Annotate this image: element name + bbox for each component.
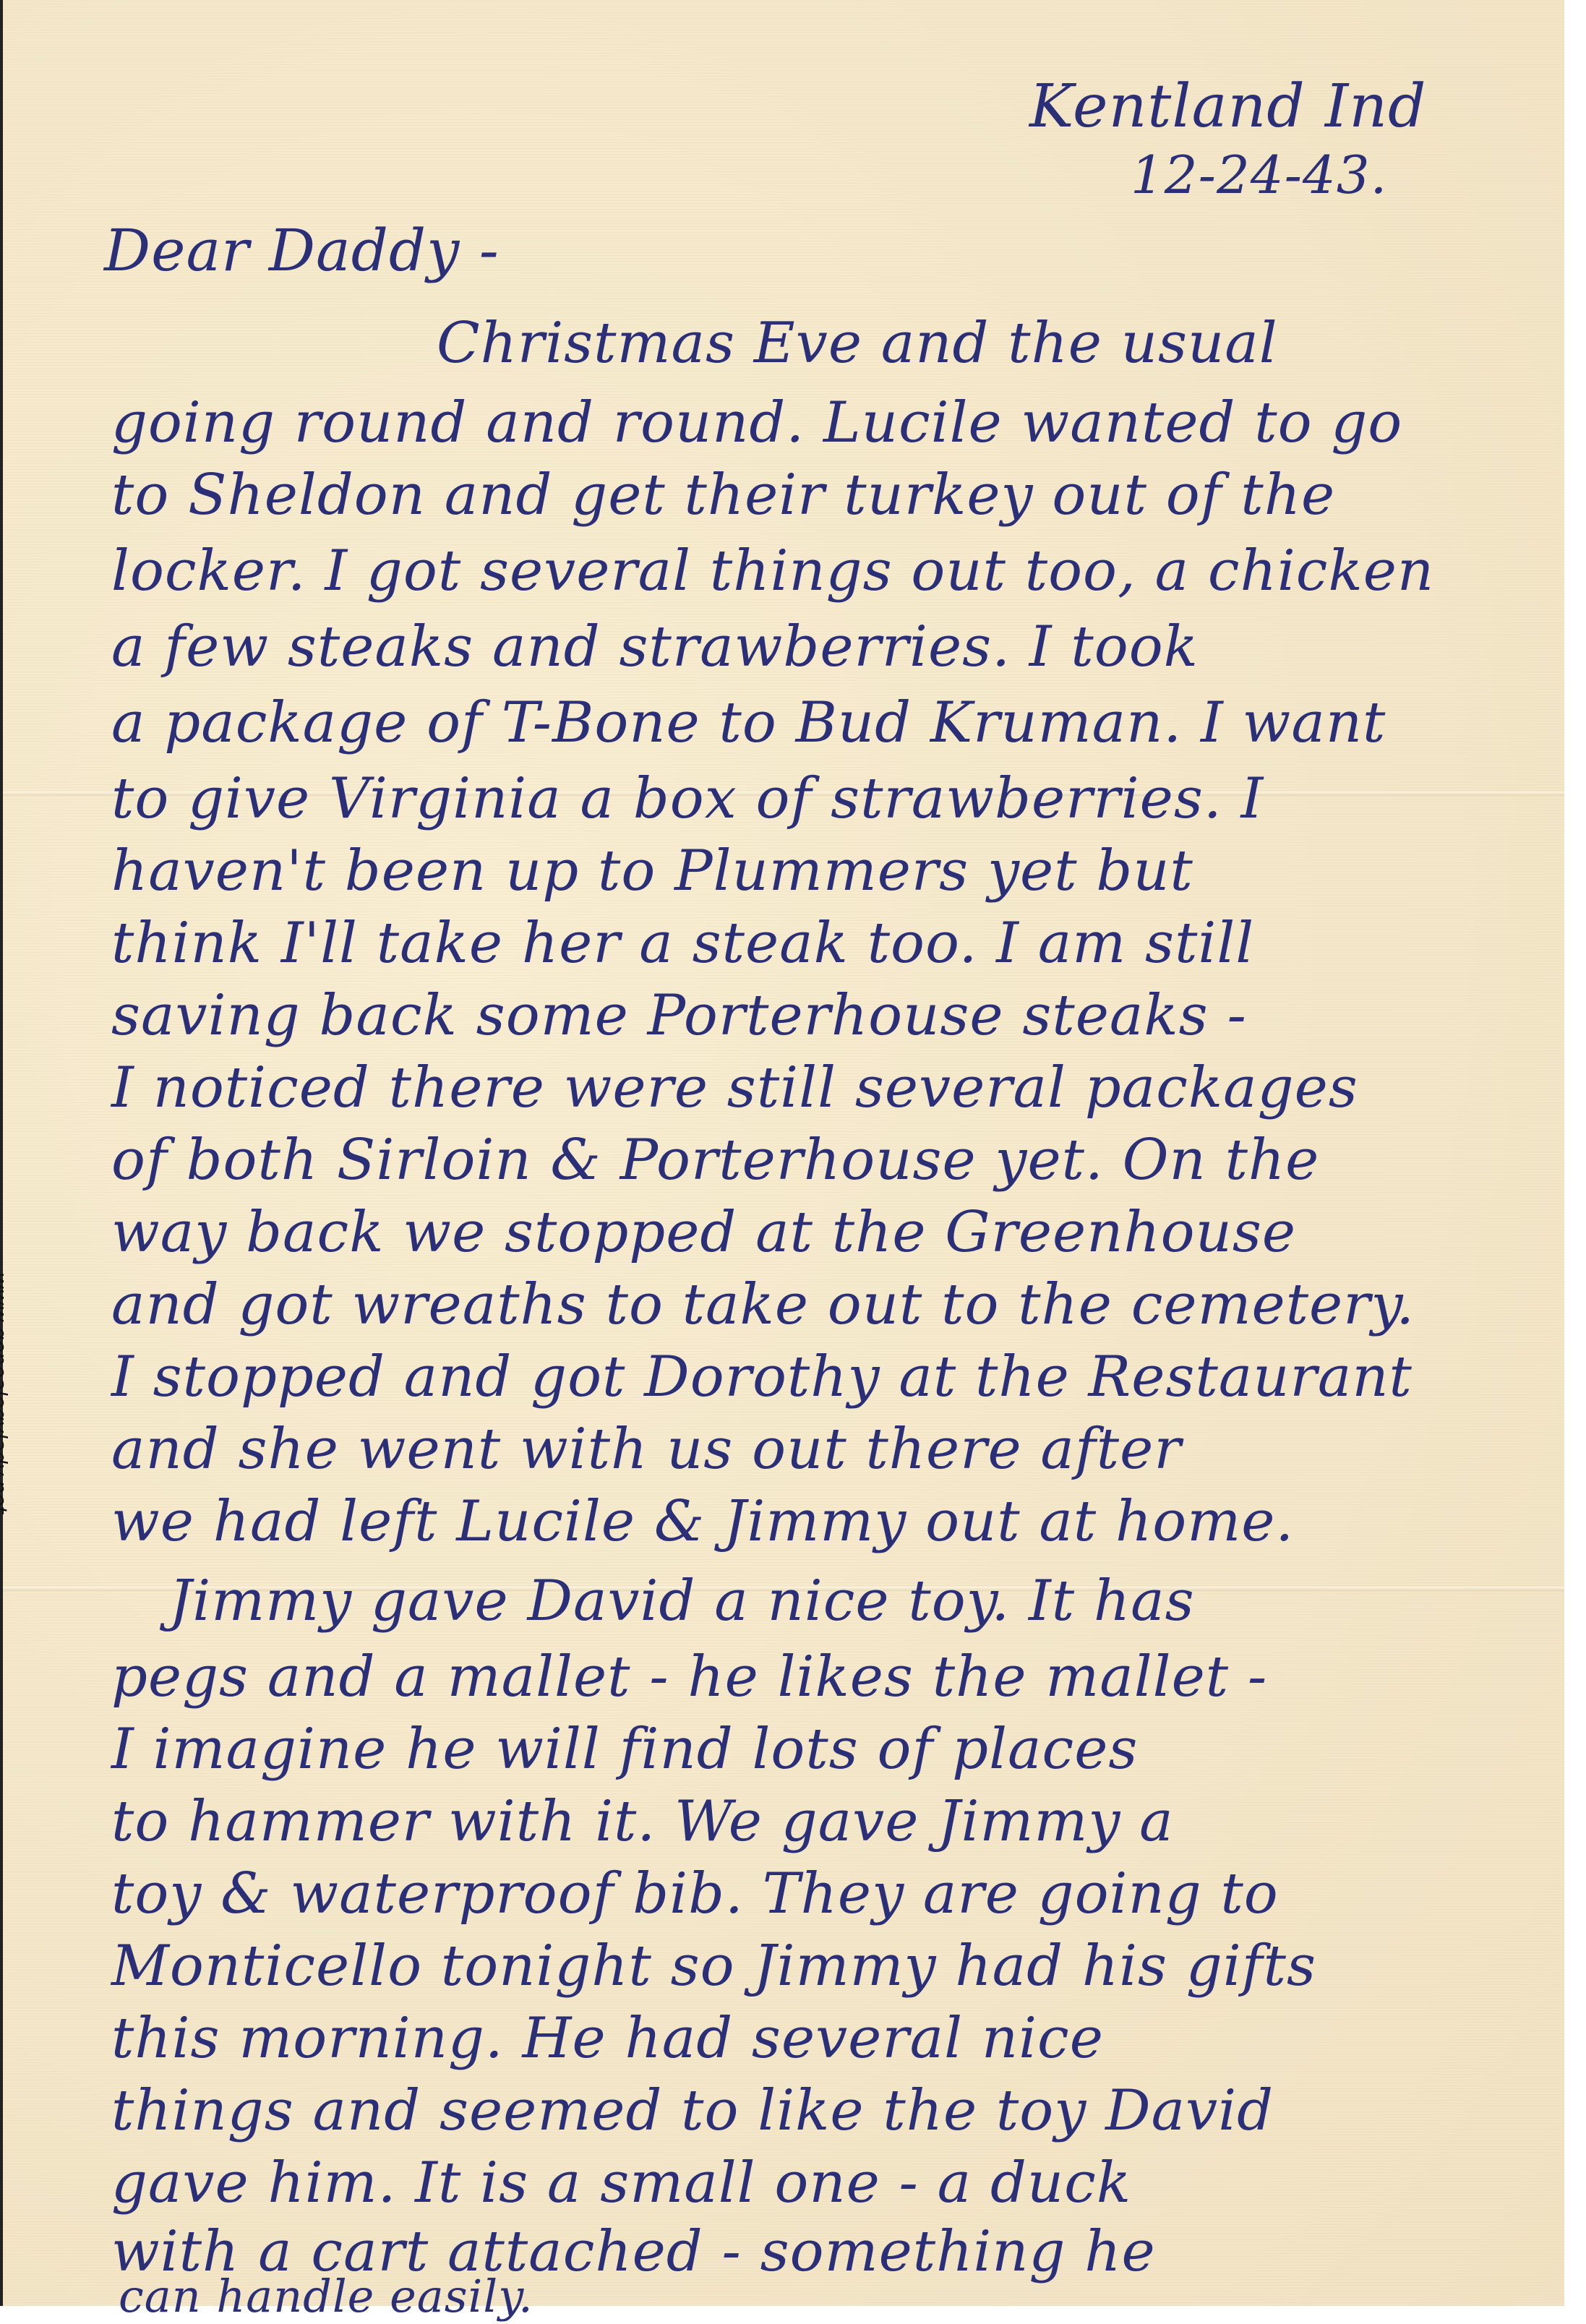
letter-salutation: Dear Daddy - xyxy=(104,217,500,284)
letter-page: Kentland Ind 12-24-43. Dear Daddy - Chri… xyxy=(0,0,1564,2306)
letter-line: and she went with us out there after xyxy=(111,1417,1182,1482)
letter-line: haven't been up to Plummers yet but xyxy=(111,839,1193,904)
letter-line: of both Sirloin & Porterhouse yet. On th… xyxy=(111,1128,1319,1193)
letter-line: pegs and a mallet - he likes the mallet … xyxy=(111,1645,1267,1710)
letter-line: Monticello tonight so Jimmy had his gift… xyxy=(111,1934,1316,1999)
letter-line: we had left Lucile & Jimmy out at home. xyxy=(111,1489,1294,1554)
letter-line: toy & waterproof bib. They are going to xyxy=(111,1861,1279,1926)
letter-line: I noticed there were still several packa… xyxy=(111,1055,1358,1120)
letter-line: going round and round. Lucile wanted to … xyxy=(111,390,1402,455)
letter-line: way back we stopped at the Greenhouse xyxy=(111,1200,1296,1265)
letter-line: Christmas Eve and the usual xyxy=(437,311,1278,376)
letter-line: a few steaks and strawberries. I took xyxy=(111,614,1199,679)
letter-line: to give Virginia a box of strawberries. … xyxy=(111,766,1264,831)
letter-date: 12-24-43. xyxy=(1131,145,1387,205)
letter-line: to Sheldon and get their turkey out of t… xyxy=(111,463,1335,528)
letter-line: a package of T-Bone to Bud Kruman. I wan… xyxy=(111,690,1386,755)
letter-line: can handle easily. xyxy=(119,2270,533,2323)
letter-line: this morning. He had several nice xyxy=(111,2006,1104,2071)
letter-line: Jimmy gave David a nice toy. It has xyxy=(169,1569,1195,1634)
letter-line: saving back some Porterhouse steaks - xyxy=(111,983,1247,1048)
letter-line: things and seemed to like the toy David xyxy=(111,2078,1274,2143)
letter-line: I imagine he will find lots of places xyxy=(111,1717,1138,1782)
watermark: www.genealogylady.net xyxy=(0,1272,12,1514)
letter-line: to hammer with it. We gave Jimmy a xyxy=(111,1789,1174,1854)
letter-line: gave him. It is a small one - a duck xyxy=(111,2151,1131,2216)
letter-line: locker. I got several things out too, a … xyxy=(111,539,1434,604)
letter-line: I stopped and got Dorothy at the Restaur… xyxy=(111,1345,1413,1410)
letter-line: think I'll take her a steak too. I am st… xyxy=(111,911,1254,976)
letter-line: and got wreaths to take out to the cemet… xyxy=(111,1272,1415,1337)
letter-place: Kentland Ind xyxy=(1029,72,1427,141)
